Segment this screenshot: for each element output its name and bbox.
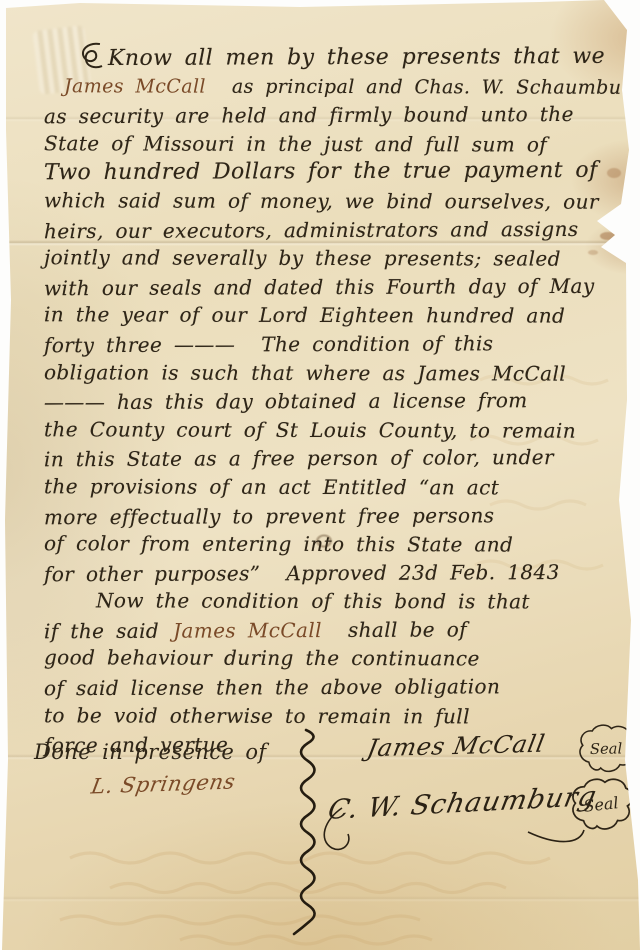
- manuscript-line: to be void otherwise to remain in full: [44, 701, 615, 731]
- manuscript-line: Two hundred Dollars for the true payment…: [44, 157, 615, 188]
- manuscript-line: as security are held and firmly bound un…: [44, 100, 615, 131]
- manuscript-line: the provisions of an act Entitled “an ac…: [44, 472, 615, 502]
- manuscript-line: ——— has this day obtained a license from: [44, 386, 615, 417]
- manuscript-line: more effectually to prevent free persons: [44, 500, 615, 531]
- manuscript-line: forty three ———The condition of this: [44, 329, 615, 360]
- manuscript-line: in this State as a free person of color,…: [44, 443, 615, 474]
- manuscript-line: good behaviour during the continuance: [44, 644, 615, 674]
- manuscript-line: if the saidJames McCallshall be of: [44, 615, 615, 646]
- opening-flourish-icon: [76, 41, 106, 71]
- witness-signature: L. Springens: [89, 770, 237, 799]
- manuscript-line: State of Missouri in the just and full s…: [44, 129, 615, 159]
- manuscript-line: which said sum of money, we bind ourselv…: [44, 186, 615, 216]
- signature-flourish-icon: [318, 806, 588, 856]
- manuscript-line: of color from entering into this State a…: [44, 529, 615, 559]
- manuscript-line: of said license then the above obligatio…: [44, 672, 615, 703]
- manuscript-line: jointly and severally by these presents;…: [44, 243, 615, 273]
- manuscript-line: in the year of our Lord Eighteen hundred…: [44, 301, 615, 331]
- manuscript-line: heirs, our executors, administrators and…: [44, 214, 615, 245]
- signature-james-mccall: James McCall: [365, 730, 548, 763]
- manuscript-line: Now the condition of this bond is that: [96, 587, 615, 617]
- manuscript-line: obligation is such that where as James M…: [44, 358, 615, 388]
- manuscript-line: for other purposes”Approved 23d Feb. 184…: [44, 557, 615, 588]
- manuscript-text: Know all men by these presents that we J…: [30, 40, 615, 759]
- photo-background: Know all men by these presents that we J…: [0, 0, 640, 950]
- manuscript-line: Know all men by these presents that we: [76, 39, 615, 74]
- document-paper: Know all men by these presents that we J…: [0, 0, 640, 950]
- manuscript-line: James McCallas principal and Chas. W. Sc…: [64, 72, 615, 102]
- manuscript-line: with our seals and dated this Fourth day…: [44, 272, 615, 303]
- manuscript-line: the County court of St Louis County, to …: [44, 415, 615, 445]
- seal-icon: Seal: [567, 775, 635, 837]
- presence-line: Done in presence of: [34, 740, 267, 764]
- seal-icon: Seal: [574, 721, 638, 779]
